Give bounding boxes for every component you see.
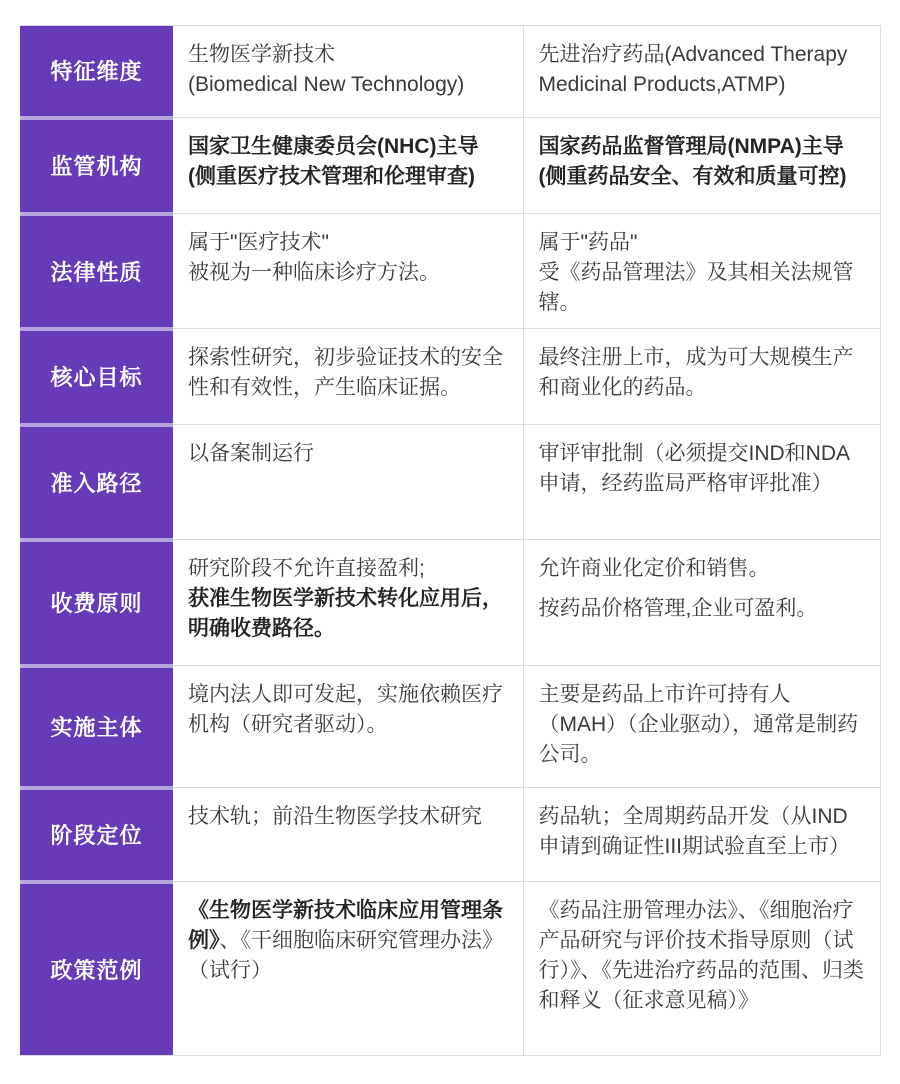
comparison-table: 特征维度 生物医学新技术 (Biomedical New Technology)…: [20, 25, 881, 1056]
cell-line: 研究阶段不允许直接盈利;: [188, 554, 509, 584]
drug-cell-stage-positioning: 药品轨；全周期药品开发（从IND申请到确证性III期试验直至上市）: [523, 788, 880, 882]
row-header-feature-dimension: 特征维度: [20, 26, 173, 118]
tech-cell-access-path: 以备案制运行: [173, 425, 523, 540]
cell-line: 被视为一种临床诊疗方法。: [188, 258, 509, 288]
cell-line: 药品轨；全周期药品开发（从IND申请到确证性III期试验直至上市）: [539, 802, 866, 862]
cell-line: 审评审批制（必须提交IND和NDA申请，经药监局严格审评批准）: [539, 439, 866, 499]
cell-line: 属于"药品": [539, 228, 866, 258]
cell-line: 探索性研究，初步验证技术的安全性和有效性，产生临床证据。: [188, 343, 509, 403]
tech-cell-implementing-entity: 境内法人即可发起，实施依赖医疗机构（研究者驱动）。: [173, 666, 523, 788]
cell-line: 境内法人即可发起，实施依赖医疗机构（研究者驱动）。: [188, 680, 509, 740]
drug-cell-access-path: 审评审批制（必须提交IND和NDA申请，经药监局严格审评批准）: [523, 425, 880, 540]
table-row-legal-nature: 法律性质 属于"医疗技术" 被视为一种临床诊疗方法。 属于"药品" 受《药品管理…: [20, 214, 880, 329]
drug-cell-feature-dimension: 先进治疗药品(Advanced Therapy Medicinal Produc…: [523, 26, 880, 118]
tech-cell-feature-dimension: 生物医学新技术 (Biomedical New Technology): [173, 26, 523, 118]
tech-cell-regulator: 国家卫生健康委员会(NHC)主导 (侧重医疗技术管理和伦理审查): [173, 118, 523, 214]
row-header-charging-principle: 收费原则: [20, 540, 173, 666]
cell-line: 生物医学新技术: [188, 40, 509, 70]
cell-line: 《生物医学新技术临床应用管理条例》、《干细胞临床研究管理办法》（试行）: [188, 896, 509, 986]
cell-line: 以备案制运行: [188, 439, 509, 469]
row-header-stage-positioning: 阶段定位: [20, 788, 173, 882]
tech-cell-stage-positioning: 技术轨；前沿生物医学技术研究: [173, 788, 523, 882]
drug-cell-policy-examples: 《药品注册管理办法》、《细胞治疗产品研究与评价技术指导原则（试行）》、《先进治疗…: [523, 882, 880, 1056]
cell-line: 主要是药品上市许可持有人（MAH）（企业驱动），通常是制药公司。: [539, 680, 866, 770]
table-row-charging-principle: 收费原则 研究阶段不允许直接盈利; 获准生物医学新技术转化应用后，明确收费路径。…: [20, 540, 880, 666]
table-row-regulator: 监管机构 国家卫生健康委员会(NHC)主导 (侧重医疗技术管理和伦理审查) 国家…: [20, 118, 880, 214]
policy-title-regular: 、《干细胞临床研究管理办法》（试行）: [188, 929, 503, 982]
cell-line: 先进治疗药品(Advanced Therapy Medicinal Produc…: [539, 40, 866, 100]
drug-cell-regulator: 国家药品监督管理局(NMPA)主导 (侧重药品安全、有效和质量可控): [523, 118, 880, 214]
cell-line-bold: 获准生物医学新技术转化应用后，明确收费路径。: [188, 584, 509, 644]
cell-line: 《药品注册管理办法》、《细胞治疗产品研究与评价技术指导原则（试行）》、《先进治疗…: [539, 896, 866, 1016]
row-header-core-goal: 核心目标: [20, 329, 173, 425]
row-header-regulator: 监管机构: [20, 118, 173, 214]
drug-cell-legal-nature: 属于"药品" 受《药品管理法》及其相关法规管辖。: [523, 214, 880, 329]
cell-line: 最终注册上市，成为可大规模生产和商业化的药品。: [539, 343, 866, 403]
table-row-access-path: 准入路径 以备案制运行 审评审批制（必须提交IND和NDA申请，经药监局严格审评…: [20, 425, 880, 540]
table-row-policy-examples: 政策范例 《生物医学新技术临床应用管理条例》、《干细胞临床研究管理办法》（试行）…: [20, 882, 880, 1056]
row-header-access-path: 准入路径: [20, 425, 173, 540]
cell-line: 技术轨；前沿生物医学技术研究: [188, 802, 509, 832]
cell-line: 属于"医疗技术": [188, 228, 509, 258]
row-header-policy-examples: 政策范例: [20, 882, 173, 1056]
cell-line: 国家卫生健康委员会(NHC)主导: [188, 132, 509, 162]
table-row-implementing-entity: 实施主体 境内法人即可发起，实施依赖医疗机构（研究者驱动）。 主要是药品上市许可…: [20, 666, 880, 788]
tech-cell-core-goal: 探索性研究，初步验证技术的安全性和有效性，产生临床证据。: [173, 329, 523, 425]
cell-line: 国家药品监督管理局(NMPA)主导: [539, 132, 866, 162]
row-header-legal-nature: 法律性质: [20, 214, 173, 329]
cell-line: (侧重医疗技术管理和伦理审查): [188, 162, 509, 192]
cell-line: (Biomedical New Technology): [188, 70, 509, 100]
table-row-core-goal: 核心目标 探索性研究，初步验证技术的安全性和有效性，产生临床证据。 最终注册上市…: [20, 329, 880, 425]
tech-cell-policy-examples: 《生物医学新技术临床应用管理条例》、《干细胞临床研究管理办法》（试行）: [173, 882, 523, 1056]
cell-paragraph: 按药品价格管理,企业可盈利。: [539, 594, 866, 624]
cell-line: (侧重药品安全、有效和质量可控): [539, 162, 866, 192]
comparison-table-container: 特征维度 生物医学新技术 (Biomedical New Technology)…: [20, 25, 881, 1056]
table-row-stage-positioning: 阶段定位 技术轨；前沿生物医学技术研究 药品轨；全周期药品开发（从IND申请到确…: [20, 788, 880, 882]
row-header-implementing-entity: 实施主体: [20, 666, 173, 788]
drug-cell-charging-principle: 允许商业化定价和销售。 按药品价格管理,企业可盈利。: [523, 540, 880, 666]
tech-cell-legal-nature: 属于"医疗技术" 被视为一种临床诊疗方法。: [173, 214, 523, 329]
table-row-feature-dimension: 特征维度 生物医学新技术 (Biomedical New Technology)…: [20, 26, 880, 118]
tech-cell-charging-principle: 研究阶段不允许直接盈利; 获准生物医学新技术转化应用后，明确收费路径。: [173, 540, 523, 666]
drug-cell-core-goal: 最终注册上市，成为可大规模生产和商业化的药品。: [523, 329, 880, 425]
drug-cell-implementing-entity: 主要是药品上市许可持有人（MAH）（企业驱动），通常是制药公司。: [523, 666, 880, 788]
cell-line: 受《药品管理法》及其相关法规管辖。: [539, 258, 866, 318]
cell-paragraph: 允许商业化定价和销售。: [539, 554, 866, 584]
